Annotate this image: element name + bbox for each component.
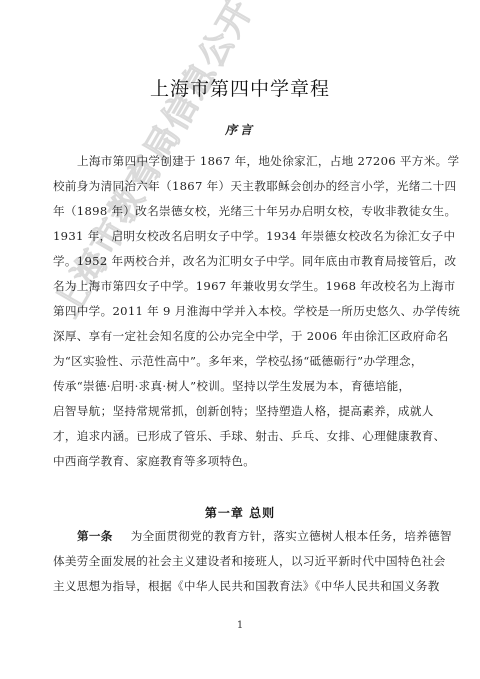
text-line: 名为上海市第四女子中学。1967 年兼收男女学生。1968 年改校名为上海市 [53, 274, 433, 299]
text-line: 年（1898 年）改名崇德女校，光绪三十年另办启明女校，专收非教徒女生。 [53, 199, 433, 224]
document-title: 上海市第四中学章程 [0, 74, 480, 101]
text-line: 体美劳全面发展的社会主义建设者和接班人，以习近平新时代中国特色社会 [53, 549, 433, 574]
text-line: 第四中学。2011 年 9 月淮海中学并入本校。学校是一所历史悠久、办学传统 [53, 299, 433, 324]
text-line: 传承“崇德·启明·求真·树人”校训。坚持以学生发展为本，育德培能， [53, 374, 433, 399]
article-label: 第一条 [77, 529, 113, 543]
text-line: 1931 年，启明女校改名启明女子中学。1934 年崇德女校改名为徐汇女子中 [53, 224, 433, 249]
text-line: 才，追求内涵。已形成了管乐、手球、射击、乒乓、女排、心理健康教育、 [53, 424, 433, 449]
text-line: 启智导航；坚持常规常抓，创新创特；坚持塑造人格，提高素养，成就人 [53, 399, 433, 424]
text-line: 为“区实验性、示范性高中”。多年来，学校弘扬“砥德砺行”办学理念， [53, 349, 433, 374]
text-span: 为全面贯彻党的教育方针，落实立德树人根本任务，培养德智 [131, 529, 452, 543]
text-line: 学。1952 年两校合并，改名为汇明女子中学。同年底由市教育局接管后，改 [53, 249, 433, 274]
document-page: 上海市教育局信息公开 - 2023 上海市第四中学章程 序言 上海市第四中学创建… [0, 0, 480, 679]
article-1-paragraph: 第一条为全面贯彻党的教育方针，落实立德树人根本任务，培养德智 体美劳全面发展的社… [53, 524, 433, 599]
text-line: 深厚、享有一定社会知名度的公办完全中学，于 2006 年由徐汇区政府命名 [53, 324, 433, 349]
text-line: 上海市第四中学创建于 1867 年，地处徐家汇，占地 27206 平方米。学 [53, 149, 433, 174]
page-number: 1 [0, 620, 480, 631]
text-line: 第一条为全面贯彻党的教育方针，落实立德树人根本任务，培养德智 [53, 524, 433, 549]
text-line: 主义思想为指导，根据《中华人民共和国教育法》《中华人民共和国义务教 [53, 574, 433, 599]
chapter-heading: 第一章 总则 [0, 504, 480, 521]
text-line: 校前身为清同治六年（1867 年）天主教耶稣会创办的经言小学，光绪二十四 [53, 174, 433, 199]
preface-paragraph: 上海市第四中学创建于 1867 年，地处徐家汇，占地 27206 平方米。学 校… [53, 149, 433, 474]
text-line: 中西商学教育、家庭教育等多项特色。 [53, 449, 433, 474]
preface-heading: 序言 [0, 121, 480, 138]
